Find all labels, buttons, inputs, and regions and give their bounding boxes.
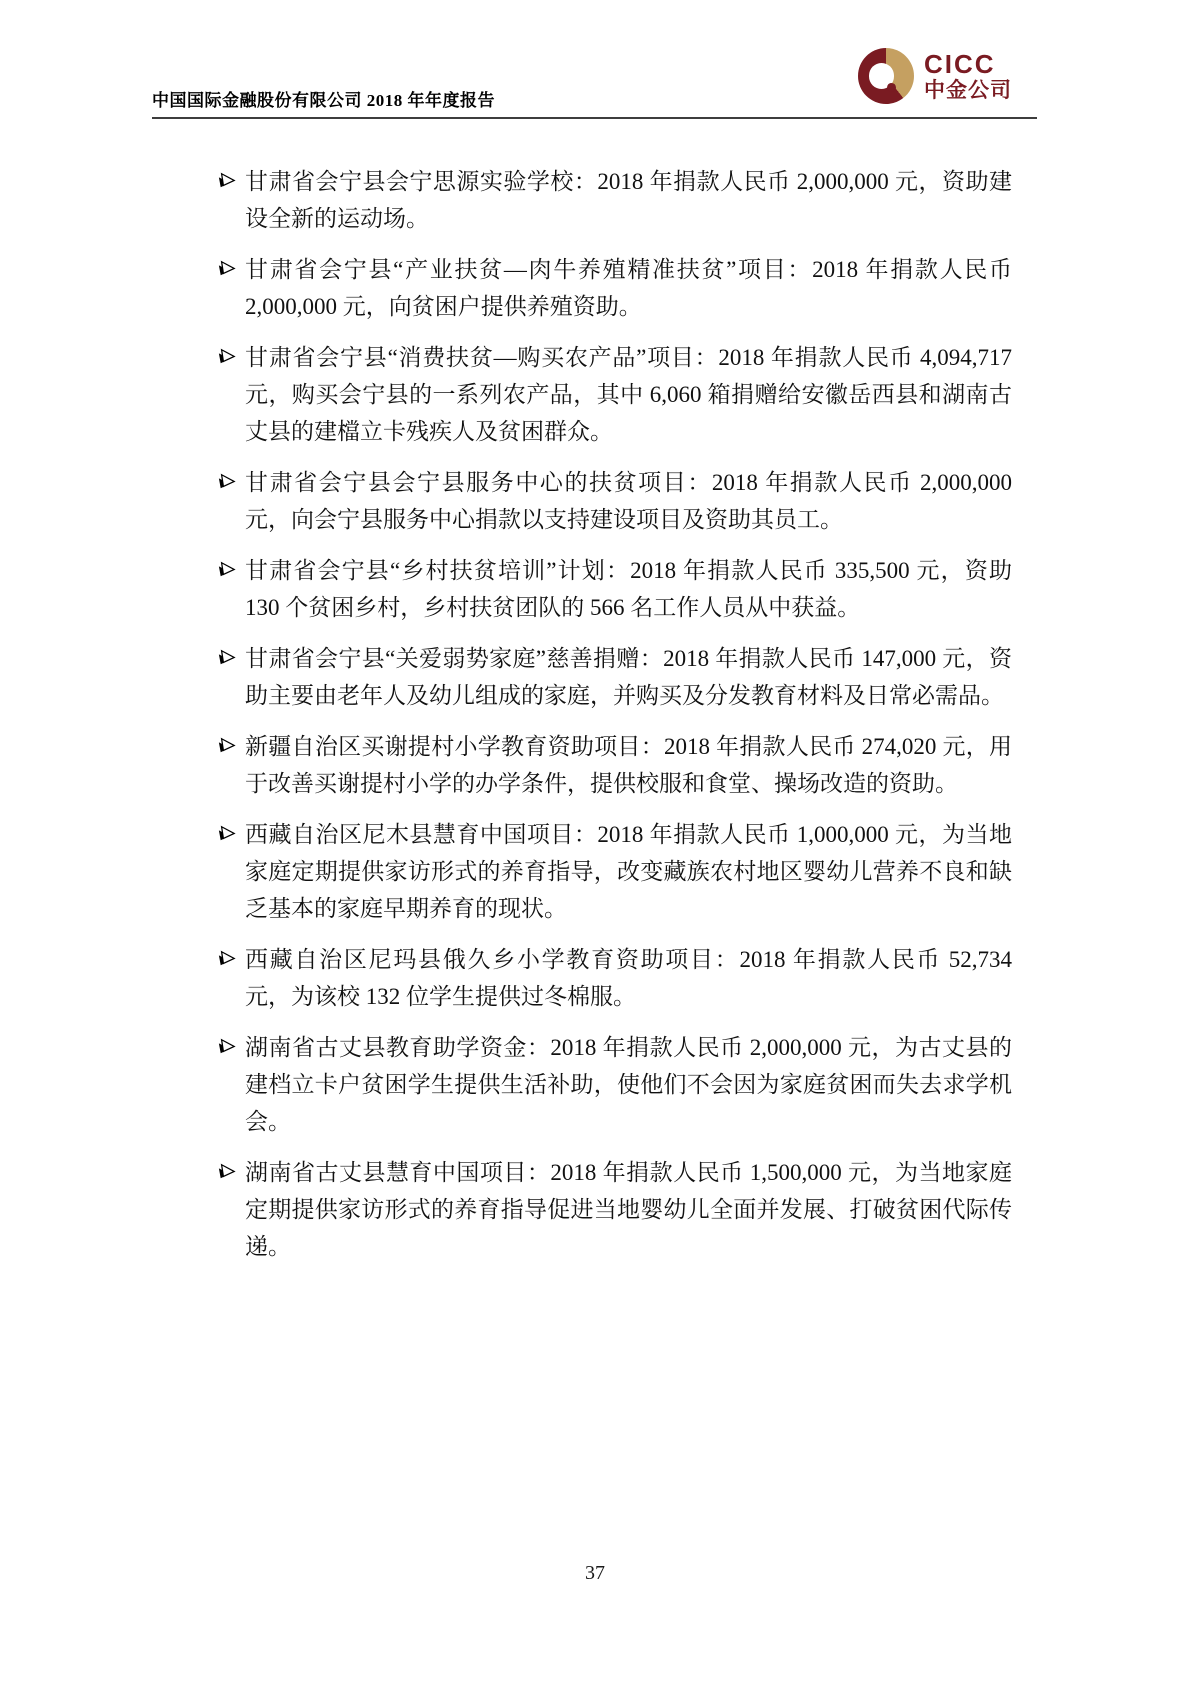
donation-list-item: 甘肃省会宁县会宁思源实验学校：2018 年捐款人民币 2,000,000 元，资… [218,163,1012,237]
cicc-logo-text: CICC 中金公司 [924,51,1012,101]
donation-list-item: 西藏自治区尼木县慧育中国项目：2018 年捐款人民币 1,000,000 元，为… [218,816,1012,927]
donation-item-text: 新疆自治区买谢提村小学教育资助项目：2018 年捐款人民币 274,020 元，… [245,734,1012,796]
arrow-bullet-icon [218,260,236,277]
donation-list-item: 西藏自治区尼玛县俄久乡小学教育资助项目：2018 年捐款人民币 52,734 元… [218,941,1012,1015]
donation-list-item: 湖南省古丈县教育助学资金：2018 年捐款人民币 2,000,000 元，为古丈… [218,1029,1012,1140]
donation-list-item: 甘肃省会宁县“产业扶贫—肉牛养殖精准扶贫”项目：2018 年捐款人民币 2,00… [218,251,1012,325]
arrow-bullet-icon [218,561,236,578]
donation-item-text: 甘肃省会宁县会宁思源实验学校：2018 年捐款人民币 2,000,000 元，资… [245,169,1012,231]
page-number: 37 [0,1562,1190,1585]
donation-list-item: 甘肃省会宁县“消费扶贫—购买农产品”项目：2018 年捐款人民币 4,094,7… [218,339,1012,450]
donation-item-text: 甘肃省会宁县“关爱弱势家庭”慈善捐赠：2018 年捐款人民币 147,000 元… [245,646,1012,708]
brand-name-en: CICC [924,51,1012,77]
report-header-title: 中国国际金融股份有限公司 2018 年年度报告 [152,86,495,111]
donation-list-item: 甘肃省会宁县“关爱弱势家庭”慈善捐赠：2018 年捐款人民币 147,000 元… [218,640,1012,714]
donation-list-item: 新疆自治区买谢提村小学教育资助项目：2018 年捐款人民币 274,020 元，… [218,728,1012,802]
donation-item-text: 西藏自治区尼玛县俄久乡小学教育资助项目：2018 年捐款人民币 52,734 元… [245,947,1012,1009]
arrow-bullet-icon [218,825,236,842]
arrow-bullet-icon [218,737,236,754]
donation-item-text: 西藏自治区尼木县慧育中国项目：2018 年捐款人民币 1,000,000 元，为… [245,822,1012,921]
header-divider [152,117,1037,119]
arrow-bullet-icon [218,1163,236,1180]
donation-item-text: 甘肃省会宁县“乡村扶贫培训”计划：2018 年捐款人民币 335,500 元，资… [245,558,1012,620]
arrow-bullet-icon [218,172,236,189]
report-page: 中国国际金融股份有限公司 2018 年年度报告 CICC 中金公司 甘肃省会宁县… [0,0,1190,1684]
arrow-bullet-icon [218,1038,236,1055]
donation-item-text: 甘肃省会宁县“消费扶贫—购买农产品”项目：2018 年捐款人民币 4,094,7… [245,345,1012,444]
donation-item-text: 湖南省古丈县教育助学资金：2018 年捐款人民币 2,000,000 元，为古丈… [245,1035,1012,1134]
donation-list-item: 甘肃省会宁县“乡村扶贫培训”计划：2018 年捐款人民币 335,500 元，资… [218,552,1012,626]
arrow-bullet-icon [218,649,236,666]
donation-item-text: 湖南省古丈县慧育中国项目：2018 年捐款人民币 1,500,000 元，为当地… [245,1160,1012,1259]
donation-list-item: 甘肃省会宁县会宁县服务中心的扶贫项目：2018 年捐款人民币 2,000,000… [218,464,1012,538]
donation-item-text: 甘肃省会宁县会宁县服务中心的扶贫项目：2018 年捐款人民币 2,000,000… [245,470,1012,532]
brand-name-zh: 中金公司 [924,80,1012,101]
arrow-bullet-icon [218,473,236,490]
cicc-logo: CICC 中金公司 [858,48,1012,104]
arrow-bullet-icon [218,348,236,365]
arrow-bullet-icon [218,950,236,967]
donation-list-item: 湖南省古丈县慧育中国项目：2018 年捐款人民币 1,500,000 元，为当地… [218,1154,1012,1265]
donation-item-text: 甘肃省会宁县“产业扶贫—肉牛养殖精准扶贫”项目：2018 年捐款人民币 2,00… [245,257,1012,319]
cicc-logo-mark-icon [858,48,914,104]
donation-list: 甘肃省会宁县会宁思源实验学校：2018 年捐款人民币 2,000,000 元，资… [218,163,1012,1279]
